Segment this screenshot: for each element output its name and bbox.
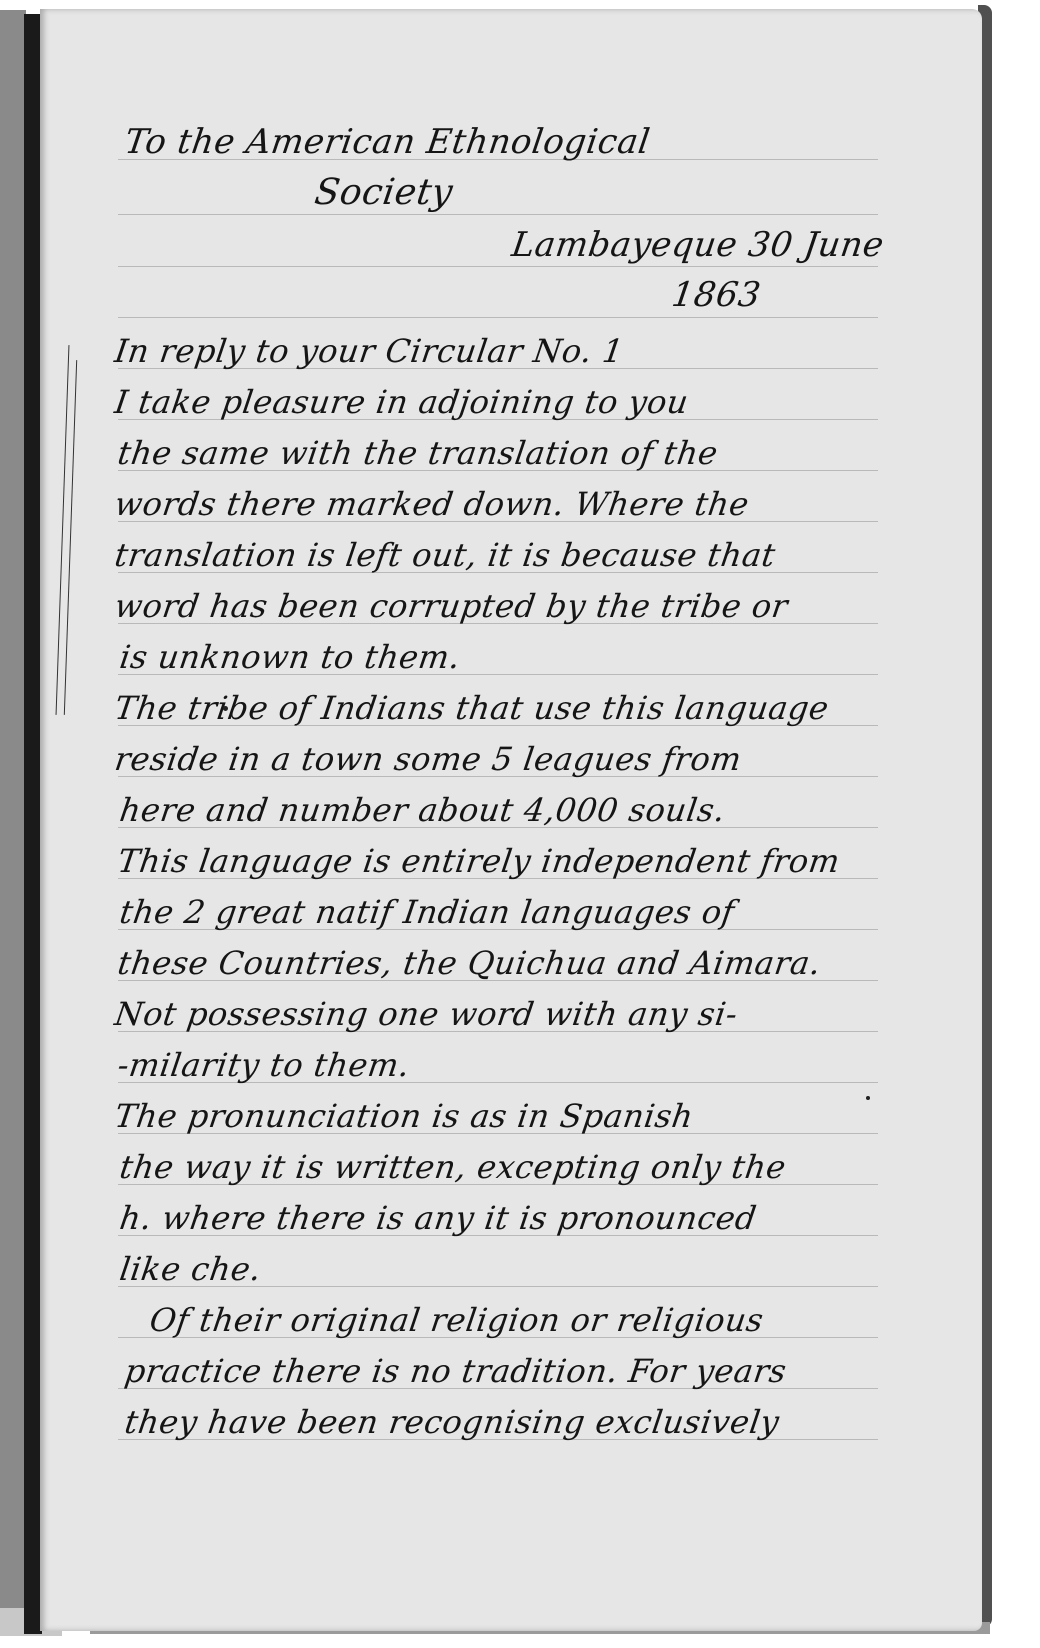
body-line: is unknown to them. <box>117 638 463 676</box>
ruled-line <box>118 317 878 318</box>
body-line: here and number about 4,000 souls. <box>117 791 727 829</box>
body-line: words there marked down. Where the <box>112 485 751 523</box>
ink-spot <box>223 706 228 711</box>
body-line: the same with the translation of the <box>115 434 720 472</box>
ruled-line <box>118 214 878 215</box>
body-line: I take pleasure in adjoining to you <box>112 383 691 421</box>
body-line: the way it is written, excepting only th… <box>117 1148 788 1186</box>
body-line: h. where there is any it is pronounced <box>117 1199 759 1237</box>
book-cover-left <box>0 10 26 1635</box>
body-line: The tribe of Indians that use this langu… <box>112 689 831 727</box>
dateline-year: 1863 <box>669 275 763 315</box>
body-line: reside in a town some 5 leagues from <box>112 740 744 778</box>
body-line: This language is entirely independent fr… <box>115 842 842 880</box>
dateline-place-date: Lambayeque 30 June <box>509 225 886 265</box>
body-line: like che. <box>117 1250 263 1288</box>
body-line: word has been corrupted by the tribe or <box>112 587 790 625</box>
body-line: In reply to your Circular No. 1 <box>112 332 626 370</box>
body-line: these Countries, the Quichua and Aimara. <box>115 944 823 982</box>
body-line: Of their original religion or religious <box>147 1301 766 1339</box>
salutation-line-2: Society <box>312 172 455 213</box>
ruled-line <box>118 266 878 267</box>
body-line: Not possessing one word with any si- <box>112 995 740 1033</box>
body-line: they have been recognising exclusively <box>122 1403 781 1441</box>
body-line: -milarity to them. <box>115 1046 412 1084</box>
body-line: practice there is no tradition. For year… <box>122 1352 789 1390</box>
ink-spot <box>866 1096 870 1100</box>
salutation-line-1: To the American Ethnological <box>122 122 652 162</box>
body-line: translation is left out, it is because t… <box>112 536 778 574</box>
body-line: The pronunciation is as in Spanish <box>112 1097 696 1135</box>
body-line: the 2 great natif Indian languages of <box>117 893 737 931</box>
